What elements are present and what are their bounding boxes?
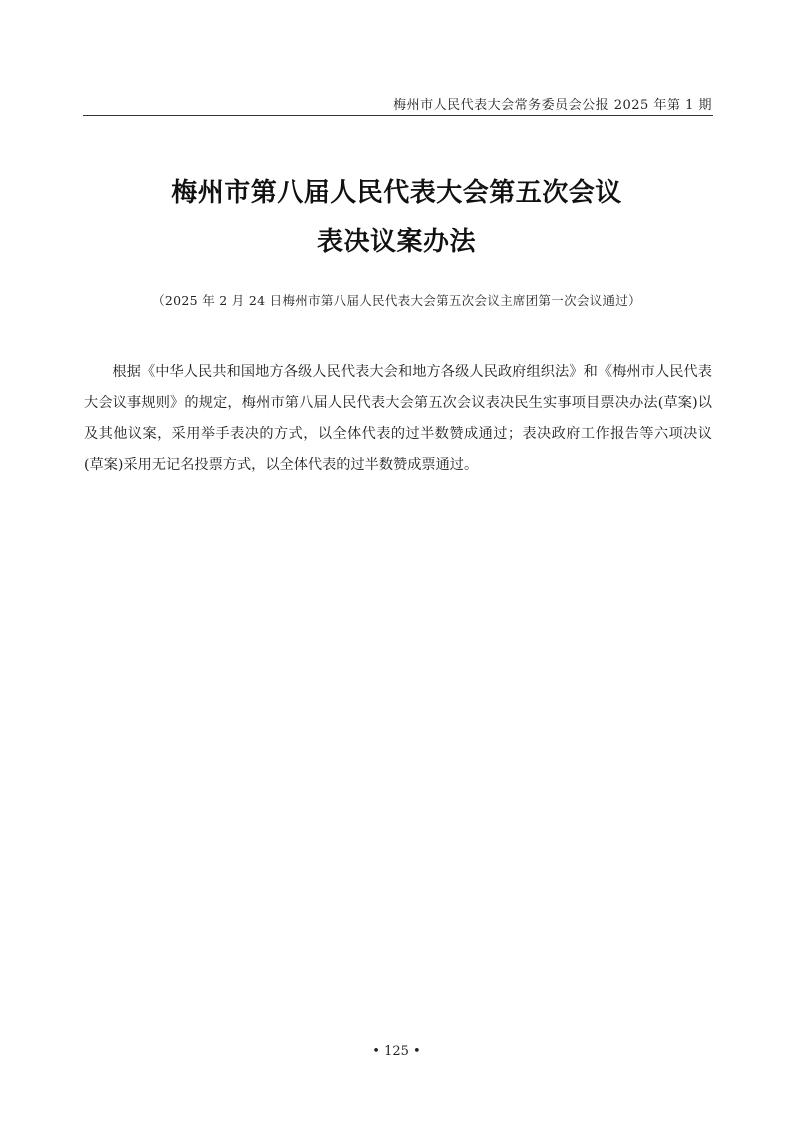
running-header: 梅州市人民代表大会常务委员会公报 2025 年第 1 期 [84,94,712,113]
page-number: • 125 • [0,1044,793,1059]
document-title-line2: 表决议案办法 [0,221,793,258]
document-title: 梅州市第八届人民代表大会第五次会议 [0,172,793,209]
body-paragraph: 根据《中华人民共和国地方各级人民代表大会和地方各级人民政府组织法》和《梅州市人民… [84,357,712,481]
header-rule [83,115,713,116]
adoption-note: （2025 年 2 月 24 日梅州市第八届人民代表大会第五次会议主席团第一次会… [0,291,793,309]
